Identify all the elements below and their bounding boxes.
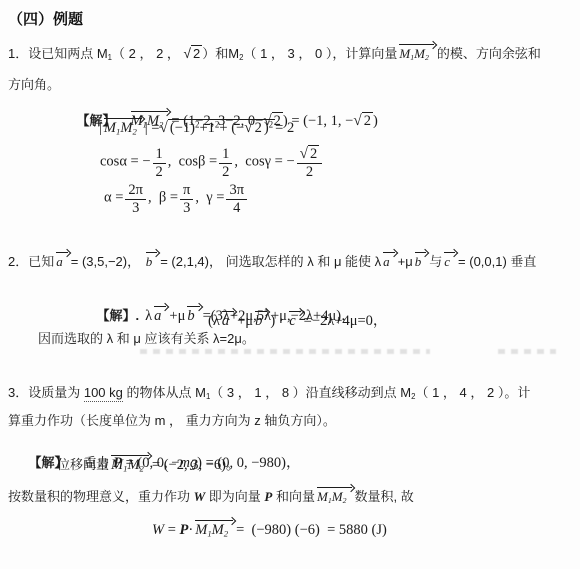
problem1-solution-line2: |M1M2| =√(−1)2+12+ (−√2)2= 2 <box>99 116 294 137</box>
scan-artifact <box>140 349 430 354</box>
problem3-statement-line2: 算重力作功（长度单位为 m ， 重力方向为 z 轴负方向）。 <box>8 410 336 429</box>
problem1-statement-line1: 1．设已知两点 M1（ 2 ， 2 ， √2）和M2（ 1 ， 3 ， 0 ），… <box>8 42 541 62</box>
scan-artifact <box>498 349 556 354</box>
problem3-solution-line2: 位移向量M1M2= (−2, 3, −6)。 <box>57 453 239 474</box>
solution-label: 【解】. <box>97 308 140 323</box>
problem2-statement: 2．已知a= (3,5,−2)， b= (2,1,4)， 问选取怎样的 λ 和 … <box>8 250 536 270</box>
scanned-textbook-page: （四）例题 1．设已知两点 M1（ 2 ， 2 ， √2）和M2（ 1 ， 3 … <box>0 0 580 569</box>
problem3-physics-note: 按数量积的物理意义，重力作功 W 即为向量 P 和向量M1M2数量积, 故 <box>8 485 414 505</box>
problem1-solution-line4: α =2π3, β =π3, γ =3π4 <box>104 183 249 216</box>
section-title: （四）例题 <box>8 8 83 29</box>
problem1-solution-line3: cosα = −12, cosβ =12, cosγ = −√22 <box>100 146 324 180</box>
problem3-statement-line1: 3．设质量为 100 kg 的物体从点 M1（ 3 ， 1 ， 8 ）沿直线移动… <box>8 382 530 401</box>
problem1-statement-line2: 方向角。 <box>8 74 60 93</box>
problem2-solution-line2: (λa+μb) · c=−2λ+4μ=0， <box>208 309 387 330</box>
problem2-conclusion: 因而选取的 λ 和 μ 应该有关系 λ=2μ。 <box>38 328 255 347</box>
problem3-final-equation: W = P·M1M2= (−980) (−6) = 5880 (J) <box>152 518 387 539</box>
